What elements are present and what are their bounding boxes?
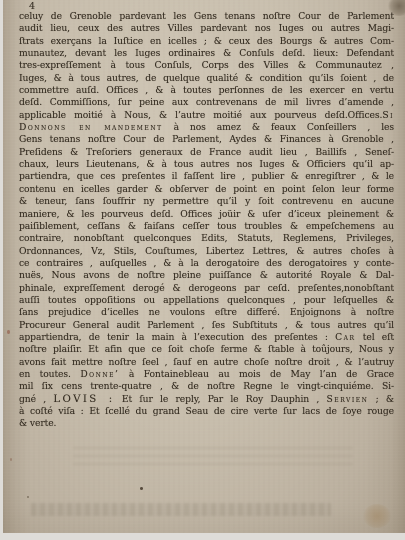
text-line: contraire, nonobſtant quelconques Edits,… bbox=[19, 233, 394, 245]
text-line: noſtre plaiſir. Et afin que ce ſoit choſ… bbox=[19, 344, 394, 356]
text-line: audit lieu, ceux des autres Villes parde… bbox=[19, 23, 394, 35]
text-line: Donnons en mandement à nos amez & feaux … bbox=[19, 122, 394, 134]
text-line: avons fait mettre noſtre ſeel , ſauf en … bbox=[19, 357, 394, 369]
text-line: Preſidens & Treſoriers generaux de Franc… bbox=[19, 147, 394, 159]
ink-speck bbox=[27, 496, 29, 498]
text-line: munautez, devant les Iuges ordinaires & … bbox=[19, 48, 394, 60]
page-text: celuy de Grenoble pardevant les Gens ten… bbox=[19, 11, 394, 431]
text-line: phinale, expreſſement derogé & derogeons… bbox=[19, 283, 394, 295]
text-line: contenu en icelles garder & obſerver de … bbox=[19, 184, 394, 196]
text-line: auſſi toutes oppoſitions ou appellations… bbox=[19, 295, 394, 307]
page-paper: 4 celuy de Grenoble pardevant les Gens t… bbox=[3, 0, 405, 533]
ink-speck bbox=[7, 330, 10, 334]
text-line: & verte. bbox=[19, 418, 394, 430]
text-line: tres-expreſſement à tous Conſuls, Corps … bbox=[19, 60, 394, 72]
text-line: commettre auſd. Offices , & à toutes per… bbox=[19, 85, 394, 97]
text-line: gné , LOVIS : Et ſur le reply, Par le Ro… bbox=[19, 394, 394, 406]
paper-stain bbox=[363, 504, 391, 528]
text-line: Ordonnances, Vz, Stils, Couſtumes, Liber… bbox=[19, 246, 394, 258]
text-line: maniere, & les pourveus deſd. Offices jo… bbox=[19, 209, 394, 221]
text-line: partiendra, que ces preſentes il faſſent… bbox=[19, 171, 394, 183]
text-line: & teneur, ſans ſouffrir ny permettre qu’… bbox=[19, 196, 394, 208]
showthrough-band bbox=[31, 503, 331, 516]
text-line: chaux, leurs Lieutenans, & à tous autres… bbox=[19, 159, 394, 171]
text-line: paiſiblement, ceſſans & faiſans ceſſer t… bbox=[19, 221, 394, 233]
text-line: applicable moitié à Nous, & l’autre moit… bbox=[19, 110, 394, 122]
text-line: ſans prejudice d’icelles ne voulons eſtr… bbox=[19, 307, 394, 319]
text-line: Procureur General audit Parlement , ſes … bbox=[19, 320, 394, 332]
text-line: à coſté viſa : Et ſcellé du grand Seau d… bbox=[19, 406, 394, 418]
text-line: nuës, Nous avons de noſtre pleine puiſſa… bbox=[19, 270, 394, 282]
text-line: Gens tenans noſtre Cour de Parlement, Ay… bbox=[19, 134, 394, 146]
text-line: celuy de Grenoble pardevant les Gens ten… bbox=[19, 11, 394, 23]
showthrough-band bbox=[73, 441, 353, 465]
text-line: deſd. Commiſſions, ſur peine aux contrev… bbox=[19, 97, 394, 109]
text-line: Iuges, & à tous autres, de quelque quali… bbox=[19, 73, 394, 85]
ink-speck bbox=[140, 487, 143, 490]
text-line: en toutes. Donne’ à Fontainebleau au moi… bbox=[19, 369, 394, 381]
ink-speck bbox=[10, 458, 12, 461]
text-line: appartiendra, de tenir la main à l’execu… bbox=[19, 332, 394, 344]
text-line: ce contraires , auſquelles , & à la dero… bbox=[19, 258, 394, 270]
text-line: mil ſix cens trente-quatre , & de noſtre… bbox=[19, 381, 394, 393]
text-line: ſtrats exerçans la Iuſtice en icelles ; … bbox=[19, 36, 394, 48]
